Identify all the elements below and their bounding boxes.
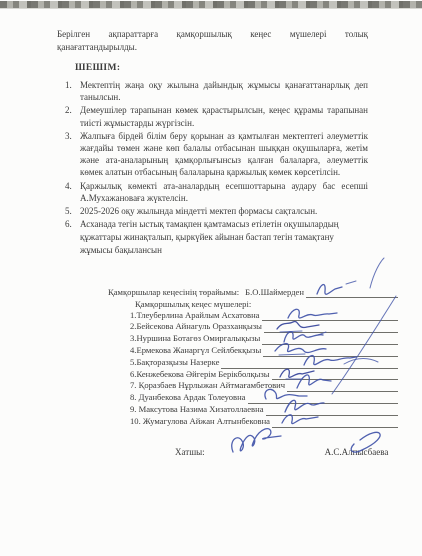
- member-row: 10. Жумагулова Айжан Алтынбековна: [130, 416, 398, 428]
- member-signature-line: [272, 415, 398, 428]
- member-name: 5.Бақторазқызы Назерке: [130, 357, 219, 369]
- secretary-row: Хатшы: А.С.Алпысбаева: [175, 444, 368, 458]
- decision-item: 5.2025-2026 оқу жылында міндетті мектеп …: [65, 205, 368, 217]
- decision-text: Демеушілер тарапынан көмек қарастырылсын…: [80, 104, 368, 128]
- chair-signature-ink: [312, 278, 364, 300]
- decision-item: 1.Мектептің жаңа оқу жылына дайындық жұм…: [65, 79, 368, 103]
- member-name: 6.Кенжебекова Әйгерім Берікболқызы: [130, 369, 270, 381]
- decision-item: 6.Асханада тегін ыстық тамақпен қамтамас…: [65, 218, 368, 256]
- decision-item: 3.Жалпыға бірдей білім беру қорынан аз қ…: [65, 130, 368, 179]
- decision-text: Жалпыға бірдей білім беру қорынан аз қам…: [80, 130, 368, 179]
- decision-text: Қаржылық көмекті ата-аналардың есепшотта…: [80, 180, 368, 204]
- secretary-name: А.С.Алпысбаева: [325, 446, 389, 458]
- decision-text: Асханада тегін ыстық тамақпен қамтамасыз…: [80, 218, 368, 256]
- scanned-document: { "document": { "intro": "Берілген ақпар…: [0, 0, 422, 556]
- intro-paragraph: Берілген ақпараттарға қамқоршылық кеңес …: [57, 28, 368, 54]
- chair-label: Қамқоршылар кеңесінің төрайымы:: [108, 286, 239, 298]
- torn-scan-edge: [0, 1, 422, 9]
- decision-heading: ШЕШІМ:: [75, 63, 368, 73]
- member-name: 2.Бейсекова Айнагуль Оразханқызы: [130, 321, 262, 333]
- decision-item: 2.Демеушілер тарапынан көмек қарастырылс…: [65, 104, 368, 128]
- member-name: 3.Нуршина Ботагөз Омиргалықызы: [130, 333, 260, 345]
- member-name: 8. Дуанбекова Ардак Толеуовна: [130, 392, 246, 404]
- member-name: 1.Тлеуберлина Арайлым Асхатовна: [130, 310, 260, 322]
- chair-row: Қамқоршылар кеңесінің төрайымы: Б.О.Шайм…: [108, 286, 398, 298]
- decision-number: 6.: [65, 218, 80, 256]
- decision-number: 5.: [65, 205, 80, 217]
- chair-name: Б.О.Шаймерден: [245, 286, 304, 298]
- member-name: 10. Жумагулова Айжан Алтынбековна: [130, 416, 270, 428]
- members-list: 1.Тлеуберлина Арайлым Асхатовна 2.Бейсек…: [130, 310, 398, 428]
- decision-text: 2025-2026 оқу жылында міндетті мектеп фо…: [80, 205, 368, 217]
- member-name: 9. Максутова Назима Хизатоллаевна: [130, 404, 264, 416]
- decision-number: 4.: [65, 180, 80, 204]
- decision-number: 3.: [65, 130, 80, 179]
- secretary-label: Хатшы:: [175, 446, 205, 458]
- decision-item: 4.Қаржылық көмекті ата-аналардың есепшот…: [65, 180, 368, 204]
- document-content: Берілген ақпараттарға қамқоршылық кеңес …: [0, 9, 422, 458]
- secretary-signature-ink: [225, 428, 283, 458]
- decision-number: 2.: [65, 104, 80, 128]
- signature-section: Қамқоршылар кеңесінің төрайымы: Б.О.Шайм…: [108, 286, 398, 428]
- decision-number: 1.: [65, 79, 80, 103]
- decision-text: Мектептің жаңа оқу жылына дайындық жұмыс…: [80, 79, 368, 103]
- member-signature-ink: [278, 410, 322, 430]
- chair-signature-line: [306, 285, 398, 298]
- decision-list: 1.Мектептің жаңа оқу жылына дайындық жұм…: [65, 79, 368, 257]
